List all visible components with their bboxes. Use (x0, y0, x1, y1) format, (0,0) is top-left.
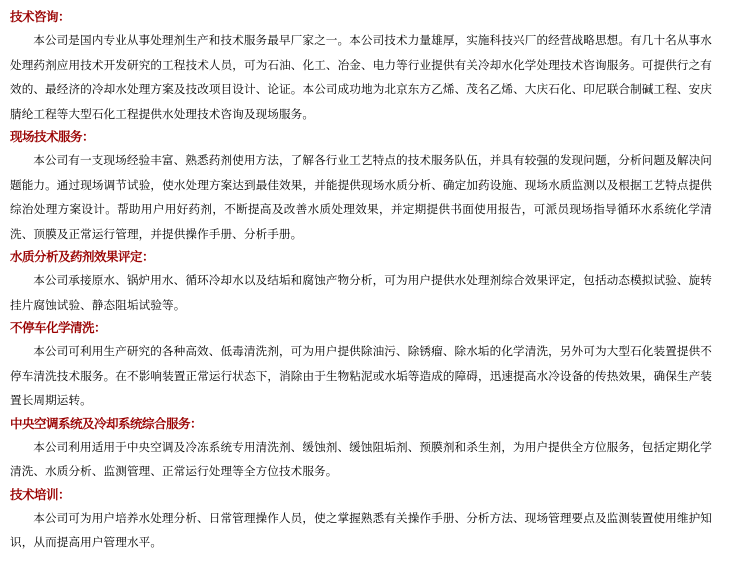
services-document: 技术咨询： 本公司是国内专业从事处理剂生产和技术服务最早厂家之一。本公司技术力量… (10, 6, 712, 555)
section-body: 本公司承接原水、锅炉用水、循环冷却水以及结垢和腐蚀产物分析，可为用户提供水处理剂… (10, 268, 712, 317)
section-title: 技术咨询： (10, 6, 712, 28)
section-water-analysis: 水质分析及药剂效果评定： 本公司承接原水、锅炉用水、循环冷却水以及结垢和腐蚀产物… (10, 246, 712, 317)
section-technical-consulting: 技术咨询： 本公司是国内专业从事处理剂生产和技术服务最早厂家之一。本公司技术力量… (10, 6, 712, 126)
section-online-chemical-cleaning: 不停车化学清洗： 本公司可利用生产研究的各种高效、低毒清洗剂，可为用户提供除油污… (10, 317, 712, 413)
section-hvac-cooling-service: 中央空调系统及冷却系统综合服务： 本公司利用适用于中央空调及冷冻系统专用清洗剂、… (10, 413, 712, 484)
section-technical-training: 技术培训： 本公司可为用户培养水处理分析、日常管理操作人员，使之掌握熟悉有关操作… (10, 484, 712, 555)
section-body: 本公司可为用户培养水处理分析、日常管理操作人员，使之掌握熟悉有关操作手册、分析方… (10, 506, 712, 555)
section-body: 本公司有一支现场经验丰富、熟悉药剂使用方法，了解各行业工艺特点的技术服务队伍，并… (10, 148, 712, 246)
section-title: 水质分析及药剂效果评定： (10, 246, 712, 268)
section-onsite-technical-service: 现场技术服务： 本公司有一支现场经验丰富、熟悉药剂使用方法，了解各行业工艺特点的… (10, 126, 712, 246)
section-title: 中央空调系统及冷却系统综合服务： (10, 413, 712, 435)
section-body: 本公司可利用生产研究的各种高效、低毒清洗剂，可为用户提供除油污、除锈瘤、除水垢的… (10, 339, 712, 413)
section-title: 不停车化学清洗： (10, 317, 712, 339)
section-body: 本公司是国内专业从事处理剂生产和技术服务最早厂家之一。本公司技术力量雄厚，实施科… (10, 28, 712, 126)
section-title: 技术培训： (10, 484, 712, 506)
section-title: 现场技术服务： (10, 126, 712, 148)
section-body: 本公司利用适用于中央空调及冷冻系统专用清洗剂、缓蚀剂、缓蚀阻垢剂、预膜剂和杀生剂… (10, 435, 712, 484)
